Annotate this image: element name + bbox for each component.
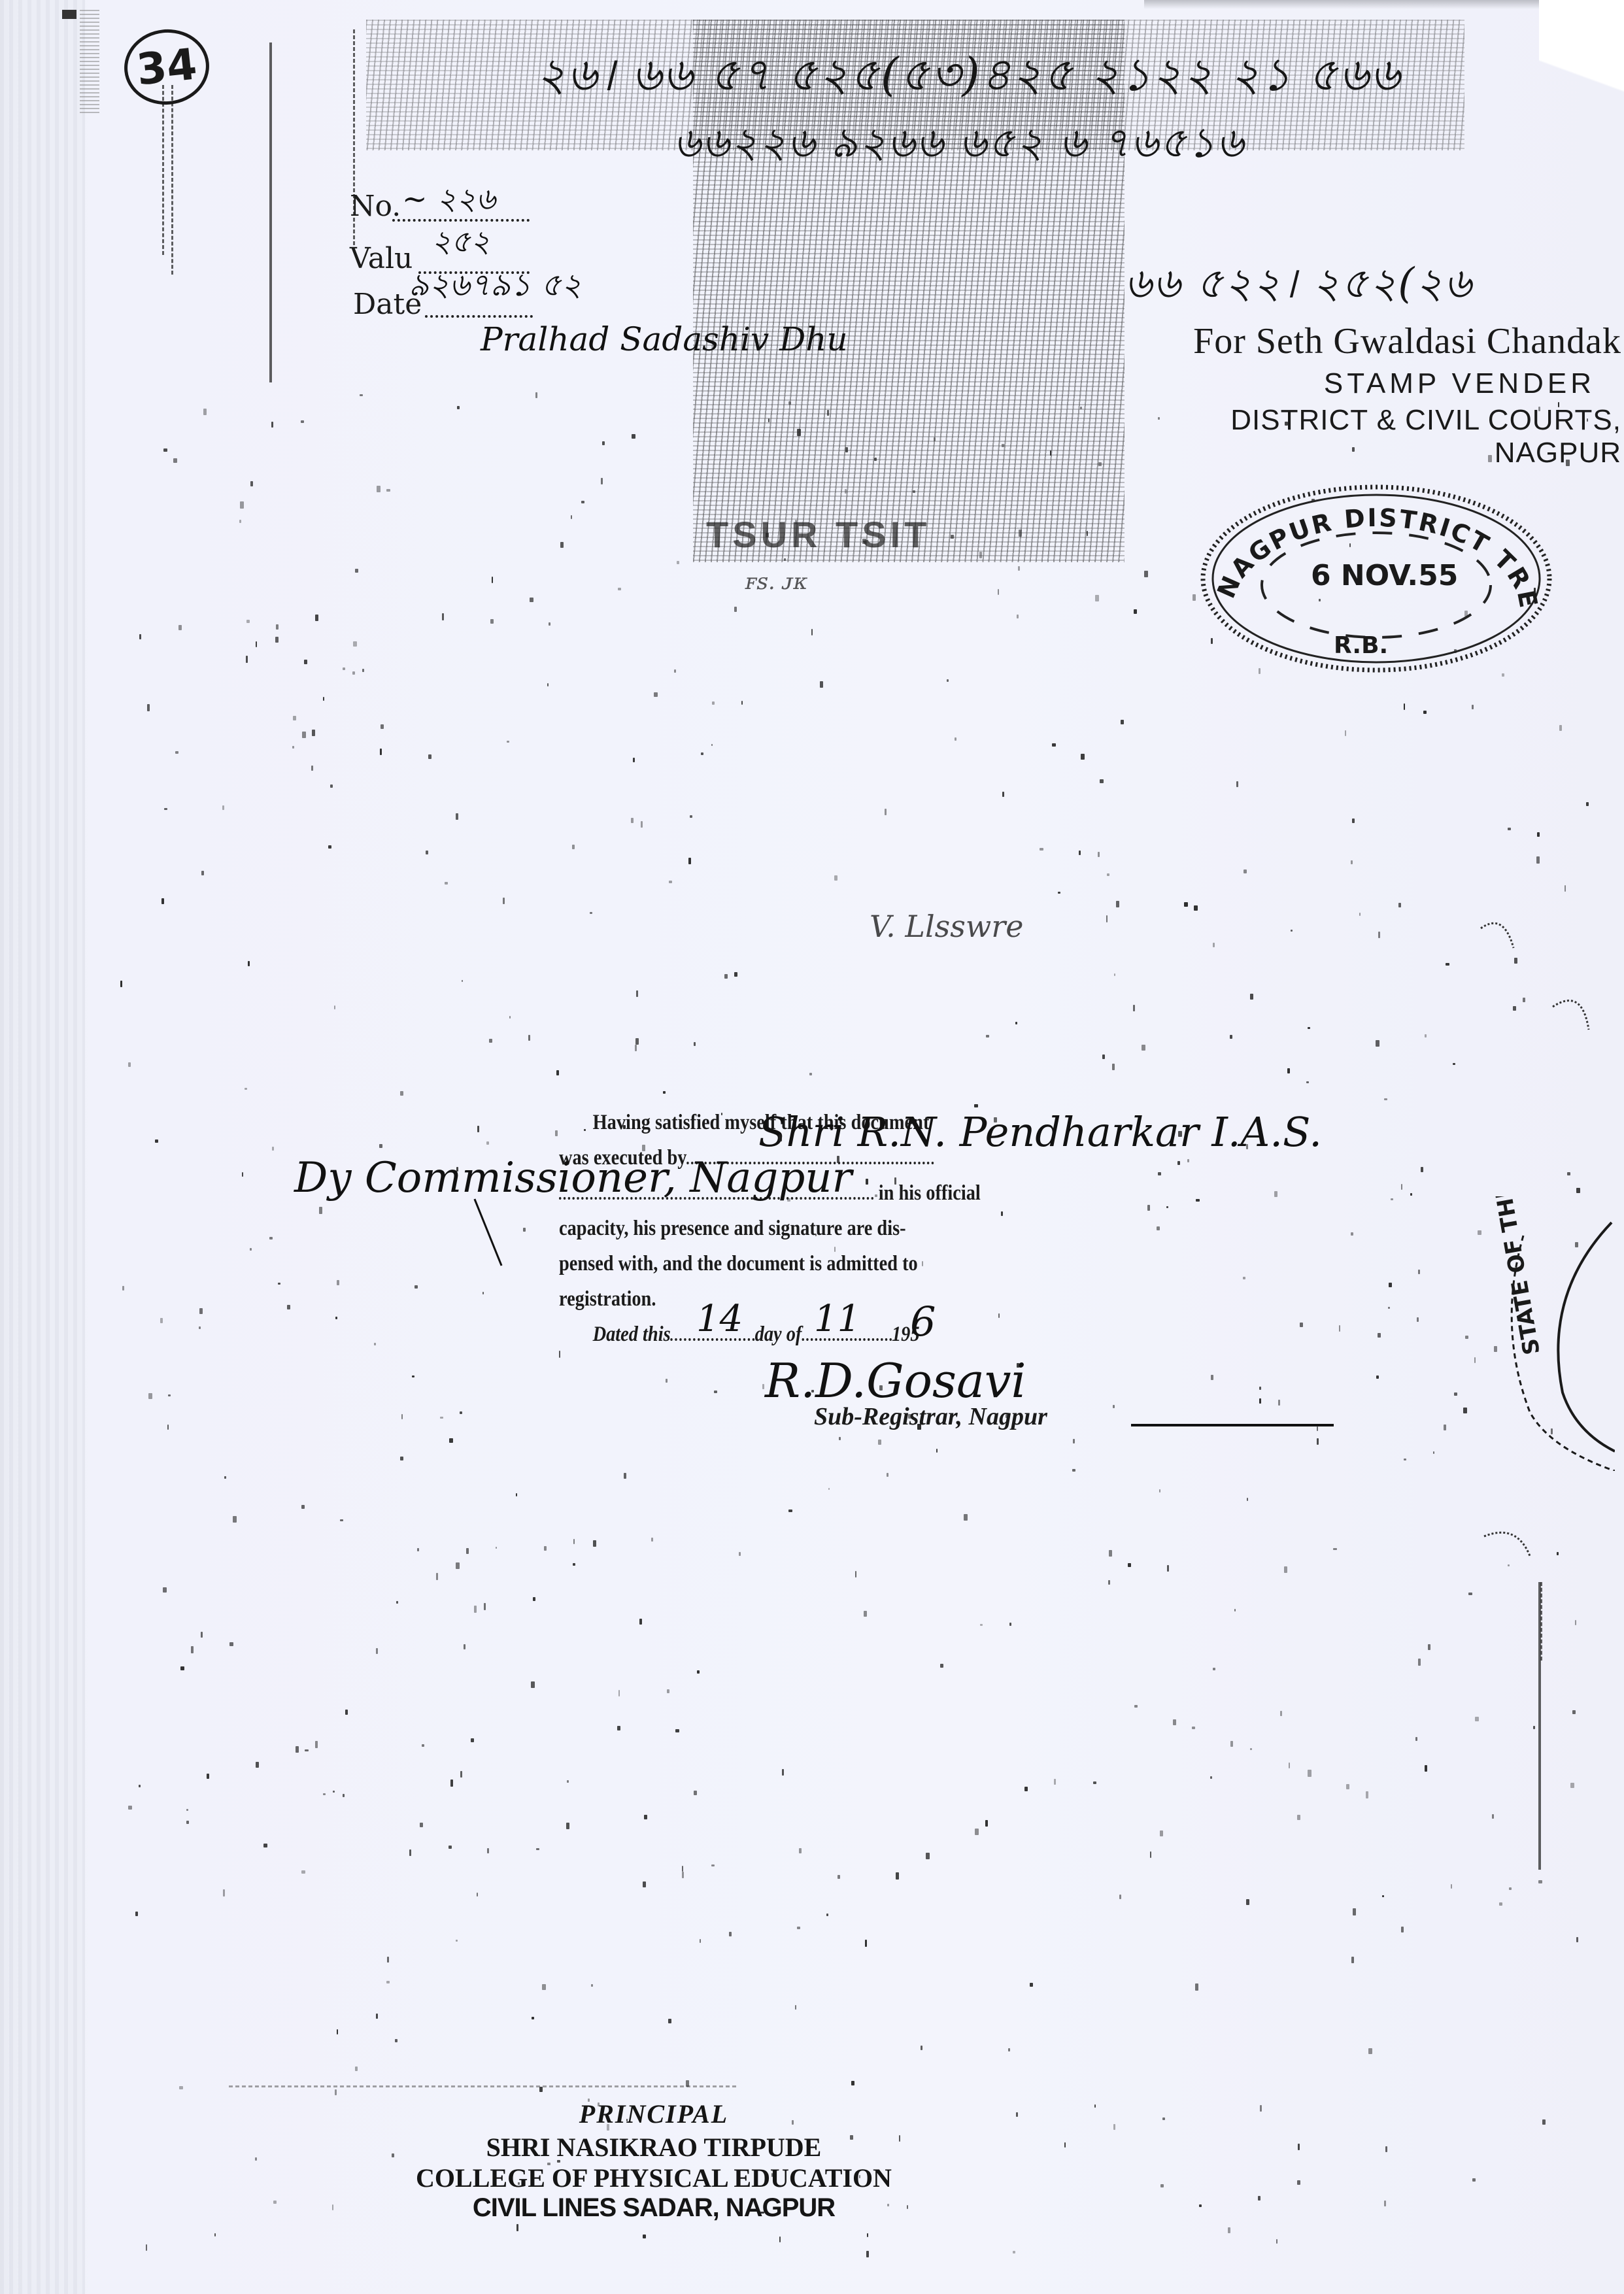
- principal-line-3: CIVIL LINES SADAR, NAGPUR: [392, 2193, 915, 2223]
- faint-arc-marks-icon: [1471, 1517, 1602, 1595]
- scan-speck: [535, 392, 538, 398]
- scan-speck: [667, 1689, 669, 1693]
- scan-speck: [964, 1514, 967, 1521]
- scan-speck: [1587, 418, 1588, 422]
- scan-speck: [487, 1848, 489, 1853]
- scan-speck: [532, 2017, 534, 2020]
- scan-speck: [222, 805, 224, 810]
- scan-speck: [1159, 1489, 1160, 1493]
- margin-rule: [162, 85, 164, 255]
- scan-speck: [1160, 1830, 1163, 1836]
- scan-speck: [1073, 1439, 1075, 1443]
- scan-speck: [1570, 1783, 1574, 1789]
- scan-speck: [1576, 1937, 1579, 1942]
- scan-speck: [323, 697, 324, 701]
- scan-speck: [1287, 1068, 1290, 1073]
- scan-speck: [1536, 856, 1540, 864]
- endorsement-line-3-suffix: in his official: [879, 1181, 981, 1205]
- scan-speck: [1250, 994, 1253, 1000]
- scan-speck: [974, 1104, 978, 1107]
- scan-speck: [1109, 1550, 1112, 1557]
- scan-speck: [1410, 1193, 1412, 1196]
- scan-speck: [874, 458, 877, 460]
- scan-speck: [296, 1746, 299, 1753]
- sub-registrar-title: Sub-Registrar, Nagpur: [814, 1402, 1047, 1431]
- scan-speck: [866, 2251, 868, 2257]
- scan-speck: [1080, 407, 1081, 409]
- scan-speck: [1079, 851, 1081, 855]
- executant-office-handwritten: Dy Commissioner, Nagpur: [294, 1154, 852, 1202]
- scan-speck: [1160, 2184, 1163, 2188]
- scan-speck: [1513, 1006, 1516, 1011]
- scan-speck: [711, 1864, 715, 1866]
- scan-speck: [1425, 1765, 1427, 1772]
- scan-speck: [1187, 1159, 1189, 1163]
- sub-registrar-signature: R.D.Gosavi: [765, 1353, 1026, 1408]
- scan-speck: [233, 1516, 236, 1523]
- page-number: 34: [134, 39, 199, 95]
- scan-speck: [1259, 668, 1260, 674]
- scan-speck: [799, 1848, 802, 1853]
- scan-speck: [464, 1644, 465, 1649]
- endorsement-line-4: capacity, his presence and signature are…: [559, 1211, 1020, 1246]
- scan-speck: [913, 490, 915, 493]
- scan-speck: [340, 1519, 343, 1521]
- scan-speck: [624, 1473, 626, 1479]
- scan-speck: [330, 784, 333, 787]
- scan-speck: [1319, 599, 1321, 601]
- scan-speck: [1128, 1563, 1131, 1567]
- scan-speck: [557, 2160, 560, 2163]
- scan-speck: [850, 2135, 853, 2140]
- scan-speck: [1389, 1283, 1392, 1288]
- scan-speck: [544, 1546, 547, 1551]
- scan-speck: [392, 2153, 394, 2158]
- scan-speck: [1052, 743, 1056, 747]
- scan-speck: [1464, 611, 1468, 616]
- scan-speck: [456, 813, 458, 820]
- scan-speck: [531, 1681, 535, 1688]
- scan-speck: [741, 701, 743, 705]
- scan-speck: [1300, 1323, 1302, 1327]
- scan-speck: [712, 701, 715, 705]
- scan-speck: [179, 2086, 183, 2089]
- scan-speck: [507, 741, 509, 743]
- scan-speck: [542, 1984, 545, 1990]
- scan-speck: [820, 681, 823, 688]
- scan-speck: [1586, 802, 1589, 806]
- scan-speck: [668, 2019, 672, 2023]
- scan-speck: [1454, 1392, 1457, 1396]
- scan-speck: [1133, 1005, 1135, 1011]
- scan-speck: [1567, 1172, 1570, 1175]
- scan-speck: [1306, 1081, 1309, 1083]
- scan-speck: [120, 981, 122, 987]
- principal-title: PRINCIPAL: [392, 2099, 915, 2129]
- scan-speck: [1418, 1270, 1420, 1275]
- scan-speck: [1211, 638, 1213, 644]
- scan-speck: [242, 1172, 243, 1177]
- scan-speck: [571, 515, 572, 519]
- treasury-seal: NAGPUR DISTRICT TREASURY 6 NOV.55 R.B.: [1193, 481, 1559, 677]
- scan-speck: [240, 501, 244, 509]
- scan-speck: [865, 1940, 867, 1946]
- scan-speck: [1250, 1748, 1252, 1750]
- scan-speck: [1167, 1565, 1169, 1571]
- scan-speck: [686, 2080, 689, 2087]
- scan-speck: [1317, 1438, 1319, 1444]
- scan-speck: [1280, 1711, 1282, 1716]
- scan-speck: [301, 1505, 305, 1509]
- scan-speck: [1196, 1199, 1199, 1202]
- scan-speck: [701, 752, 703, 755]
- scan-speck: [128, 1062, 131, 1067]
- scan-speck: [607, 2124, 609, 2131]
- scan-speck: [360, 394, 362, 397]
- scan-speck: [1475, 1717, 1479, 1721]
- scan-speck: [1565, 885, 1566, 891]
- scan-speck: [1017, 615, 1019, 619]
- scan-speck: [1499, 1902, 1502, 1906]
- scan-speck: [1451, 1884, 1452, 1889]
- scan-speck: [795, 2005, 796, 2010]
- scan-speck: [163, 448, 167, 452]
- faint-arc-marks-icon: [1474, 902, 1605, 1046]
- scan-speck: [146, 2244, 147, 2250]
- scan-speck: [985, 1820, 989, 1827]
- scan-speck: [694, 1042, 696, 1046]
- scan-speck: [1385, 2146, 1387, 2152]
- scan-speck: [556, 1070, 559, 1075]
- scan-speck: [1298, 2144, 1300, 2150]
- scan-speck: [572, 845, 575, 850]
- scan-speck: [1213, 943, 1215, 947]
- scan-speck: [199, 1308, 203, 1314]
- scan-speck: [573, 1539, 575, 1544]
- scanned-page: 34 ২৬। ৬৬ ৫৭ ৫২৫(৫৩)৪২৫ ২১২২ ২১ ৫৬৬ ৬৬২২…: [0, 0, 1624, 2294]
- scan-speck: [1351, 1232, 1353, 1236]
- scan-speck: [1349, 543, 1351, 547]
- scan-speck: [474, 1606, 477, 1612]
- vendor-name: For Seth Gwaldasi Chandak: [1105, 320, 1621, 362]
- scan-speck: [248, 961, 250, 966]
- scan-speck: [797, 1927, 800, 1929]
- scan-speck: [896, 1872, 899, 1880]
- faint-rule: [229, 2085, 739, 2087]
- scan-speck: [837, 1156, 839, 1163]
- scan-speck: [214, 2233, 216, 2236]
- scan-speck: [839, 1437, 840, 1440]
- principal-line-1: SHRI NASIKRAO TIRPUDE: [392, 2132, 915, 2163]
- scan-speck: [128, 1806, 132, 1810]
- scan-speck: [859, 2175, 861, 2178]
- scan-speck: [224, 1476, 226, 1479]
- scan-speck: [207, 1774, 209, 1778]
- scan-speck: [639, 1619, 642, 1625]
- scan-speck: [239, 520, 241, 523]
- scan-speck: [784, 558, 786, 562]
- scan-speck: [975, 1829, 979, 1835]
- scan-speck: [1260, 2105, 1261, 2111]
- scan-speck: [1013, 2251, 1015, 2253]
- endorsement-line-5: pensed with, and the document is admitte…: [559, 1246, 1020, 1281]
- scan-speck: [246, 656, 248, 662]
- scan-speck: [417, 1548, 418, 1551]
- scan-speck: [1230, 1035, 1233, 1039]
- scan-speck: [161, 898, 164, 903]
- scan-speck: [560, 1303, 562, 1306]
- scan-speck: [1351, 1957, 1354, 1963]
- scan-speck: [250, 1248, 252, 1251]
- scan-speck: [456, 1940, 458, 1942]
- scan-speck: [386, 489, 390, 492]
- scan-speck: [1572, 1710, 1576, 1714]
- principal-stamp: PRINCIPAL SHRI NASIKRAO TIRPUDE COLLEGE …: [392, 2099, 915, 2223]
- scan-speck: [1119, 1895, 1121, 1899]
- scan-speck: [591, 1984, 593, 1987]
- dated-day: 14: [696, 1298, 743, 1340]
- scan-speck: [293, 716, 296, 720]
- scan-speck: [173, 458, 177, 463]
- scan-speck: [1453, 1063, 1455, 1065]
- scan-speck: [319, 1207, 322, 1214]
- scan-speck: [256, 641, 257, 647]
- scan-speck: [1346, 1784, 1349, 1789]
- scan-speck: [272, 1147, 274, 1151]
- scan-speck: [155, 1139, 158, 1142]
- scan-speck: [1001, 1211, 1004, 1216]
- scan-speck: [1421, 1167, 1423, 1173]
- scan-speck: [1376, 1375, 1379, 1379]
- scan-speck: [955, 737, 956, 741]
- scan-speck: [1417, 1317, 1418, 1322]
- scan-speck: [1454, 649, 1457, 652]
- scan-speck: [460, 1771, 462, 1778]
- scan-speck: [490, 619, 494, 624]
- scan-speck: [355, 2066, 358, 2071]
- scan-speck: [1278, 1400, 1279, 1406]
- scan-speck: [484, 1603, 486, 1610]
- scan-speck: [1566, 460, 1570, 465]
- scan-speck: [1378, 1333, 1381, 1337]
- scan-speck: [395, 2039, 398, 2043]
- scan-speck: [1015, 1022, 1017, 1024]
- scan-speck: [337, 2029, 338, 2034]
- scan-speck: [690, 815, 692, 818]
- scan-speck: [1157, 1226, 1160, 1230]
- scan-speck: [642, 1145, 645, 1151]
- scan-speck: [598, 2102, 600, 2107]
- scan-speck: [456, 1167, 458, 1172]
- scan-speck: [164, 808, 168, 810]
- scan-speck: [1108, 1580, 1110, 1585]
- scan-speck: [148, 1393, 152, 1400]
- scan-speck: [1345, 730, 1347, 736]
- scan-speck: [602, 441, 605, 445]
- seal-initials: R.B.: [1334, 632, 1388, 659]
- scan-speck: [1236, 781, 1238, 787]
- scan-speck: [635, 2171, 638, 2174]
- scan-speck: [1193, 594, 1196, 600]
- scan-speck: [1333, 1548, 1337, 1550]
- scan-speck: [1311, 499, 1315, 501]
- scan-speck: [1368, 2048, 1372, 2054]
- scan-speck: [593, 1540, 596, 1547]
- scan-speck: [940, 1664, 943, 1668]
- scan-speck: [797, 429, 800, 435]
- scan-speck: [312, 730, 315, 736]
- scan-speck: [1538, 407, 1541, 411]
- faint-signature: V. Llsswre: [870, 909, 1023, 944]
- scan-speck: [1384, 2201, 1386, 2206]
- scan-speck: [1474, 1357, 1476, 1363]
- scan-speck: [866, 1179, 868, 1184]
- scan-speck: [328, 845, 331, 849]
- scan-speck: [256, 1762, 259, 1768]
- scan-speck: [400, 1457, 403, 1460]
- scan-speck: [549, 622, 550, 625]
- scan-speck: [623, 1125, 626, 1129]
- scan-speck: [601, 478, 602, 485]
- scan-speck: [907, 2205, 908, 2209]
- scan-speck: [855, 1571, 857, 1577]
- scan-speck: [386, 1981, 390, 1983]
- scan-speck: [862, 539, 866, 544]
- scan-speck: [466, 1548, 469, 1554]
- scan-speck: [186, 1809, 188, 1811]
- scan-speck: [1276, 2239, 1277, 2244]
- scan-speck: [1210, 1776, 1212, 1779]
- scan-speck: [489, 1039, 492, 1043]
- scan-speck: [1514, 958, 1518, 963]
- page-number-badge: 34: [120, 25, 212, 109]
- scan-speck: [739, 1552, 741, 1557]
- scan-speck: [1184, 902, 1188, 907]
- scan-speck: [834, 1247, 836, 1252]
- scan-speck: [573, 1563, 575, 1566]
- scan-speck: [654, 692, 658, 697]
- scan-speck: [1228, 2227, 1230, 2233]
- scan-speck: [1213, 1668, 1215, 1670]
- scan-speck: [555, 1130, 558, 1136]
- margin-rule: [269, 42, 272, 382]
- scan-speck: [851, 2081, 854, 2085]
- scan-speck: [766, 533, 770, 537]
- scan-speck: [335, 1317, 337, 1320]
- scan-speck: [287, 1305, 290, 1309]
- scan-speck: [1173, 1719, 1176, 1725]
- scan-speck: [1259, 1387, 1261, 1390]
- scan-speck: [1388, 1307, 1390, 1309]
- scan-speck: [263, 1844, 267, 1847]
- scan-speck: [567, 1780, 569, 1783]
- vendor-title: STAMP VENDER: [1105, 367, 1621, 400]
- scan-speck: [864, 1611, 867, 1617]
- scan-speck: [332, 2204, 333, 2211]
- scan-speck: [697, 1670, 700, 1674]
- scan-speck: [1576, 1188, 1580, 1193]
- scan-speck: [1016, 2112, 1018, 2117]
- scan-speck: [1098, 852, 1100, 858]
- scan-speck: [246, 620, 250, 623]
- scan-speck: [362, 669, 364, 672]
- scan-speck: [734, 972, 737, 977]
- scan-speck: [1297, 1815, 1300, 1821]
- scan-speck: [1352, 818, 1355, 823]
- scan-speck: [377, 486, 381, 493]
- scan-speck: [1415, 1737, 1417, 1741]
- scan-speck: [1158, 1172, 1161, 1175]
- scan-speck: [762, 1384, 764, 1389]
- scan-speck: [618, 1690, 620, 1696]
- scan-speck: [1376, 1040, 1379, 1047]
- dated-year-suffix: 6: [910, 1298, 936, 1345]
- scan-speck: [560, 542, 564, 548]
- scan-speck: [1166, 1206, 1168, 1208]
- scan-speck: [1234, 1609, 1236, 1612]
- scan-speck: [1064, 2142, 1066, 2148]
- scan-speck: [827, 410, 829, 416]
- side-seal-text: STATE OF THE OFFICER: [1471, 1196, 1546, 1357]
- scan-speck: [271, 422, 273, 428]
- scan-speck: [700, 1939, 702, 1943]
- scan-speck: [1246, 1144, 1248, 1149]
- scan-speck: [1147, 1205, 1150, 1211]
- scan-speck: [509, 1016, 511, 1019]
- scan-speck: [462, 980, 464, 982]
- scan-speck: [334, 1005, 335, 1009]
- scan-speck: [845, 447, 848, 453]
- scan-speck: [396, 1601, 398, 1604]
- scan-speck: [887, 2204, 889, 2206]
- scan-speck: [255, 2157, 257, 2161]
- scan-speck: [1472, 2178, 1476, 2182]
- scan-speck: [1211, 1375, 1213, 1380]
- scan-speck: [1072, 1469, 1075, 1471]
- scan-speck: [1523, 998, 1525, 1002]
- scan-speck: [414, 1285, 418, 1289]
- scan-speck: [376, 1648, 378, 1654]
- scan-speck: [412, 1375, 414, 1377]
- scan-speck: [1308, 1770, 1311, 1777]
- side-seal-ring-icon: STATE OF THE OFFICER: [1471, 1196, 1615, 1471]
- scan-speck: [651, 1538, 652, 1542]
- scan-speck: [135, 1912, 139, 1916]
- handwritten-header-line-1: ২৬। ৬৬ ৫৭ ৫২৫(৫৩)৪২৫ ২১২২ ২১ ৫৬৬: [536, 39, 1401, 116]
- scan-speck: [1144, 571, 1148, 577]
- scan-speck: [450, 1780, 453, 1787]
- scan-speck: [302, 732, 306, 738]
- executant-name-handwritten: Shri R.N. Pendharkar I.A.S.: [758, 1108, 1322, 1156]
- scan-speck: [1463, 1408, 1467, 1413]
- scan-speck: [530, 598, 533, 602]
- purchaser-name: Pralhad Sadashiv Dhu: [481, 320, 848, 358]
- scan-speck: [669, 881, 673, 883]
- scan-speck: [1134, 609, 1137, 614]
- scan-speck: [400, 1091, 403, 1096]
- scan-speck: [1002, 444, 1004, 447]
- scan-speck: [1284, 1566, 1287, 1573]
- scan-speck: [878, 1440, 881, 1445]
- scan-speck: [449, 1438, 453, 1443]
- scan-speck: [1098, 462, 1102, 466]
- scan-speck: [315, 615, 318, 620]
- scan-speck: [711, 744, 713, 746]
- scan-speck: [1297, 2180, 1300, 2185]
- scan-speck: [223, 1889, 225, 1896]
- scan-speck: [477, 1893, 479, 1897]
- scan-speck: [1433, 1451, 1434, 1454]
